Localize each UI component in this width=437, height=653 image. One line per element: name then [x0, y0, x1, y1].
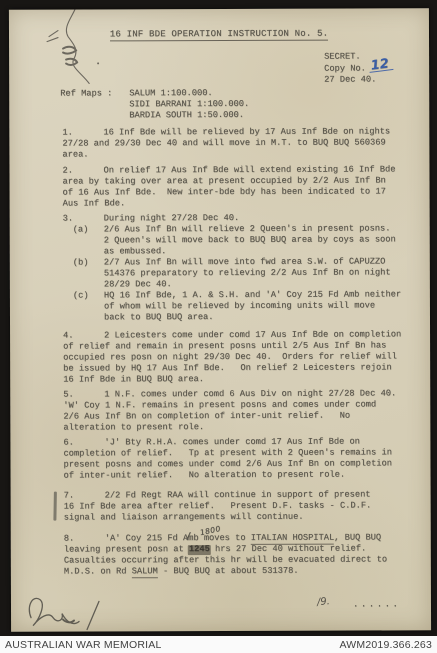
paragraph-text: 1 N.F. comes under comd 6 Aus Div on nig… [63, 388, 396, 432]
paragraph-number: 1. [62, 127, 103, 138]
paragraph-1: 1.16 Inf Bde will be relieved by 17 Aus … [62, 126, 417, 160]
paragraph-8: 1800 / 8.'A' Coy 215 Fd Amb moves to ITA… [64, 532, 419, 577]
paragraph-text: 16 Inf Bde will be relieved by 17 Aus In… [62, 126, 390, 159]
ref-maps-list: SALUM 1:100.000. SIDI BARRANI 1:100.000.… [129, 88, 249, 121]
paragraph-text: 'J' Bty R.H.A. comes under comd 17 Aus I… [63, 437, 392, 481]
paragraph-number: 5. [63, 389, 104, 400]
paragraph-number: 7. [64, 490, 105, 501]
paragraph-2: 2.On relief 17 Aus Inf Bde will extend e… [62, 164, 417, 209]
pencil-margin-line [53, 492, 56, 521]
sub-paragraph-b: (b)2/7 Aus Inf Bn will move into fwd are… [73, 256, 418, 290]
salum-underlined: SALUM [132, 566, 158, 578]
sub-paragraph-marker: (b) [73, 257, 104, 290]
page-title-text: 16 INF BDE OPERATION INSTRUCTION No. 5. [110, 29, 328, 42]
ref-map-item: BARDIA SOUTH 1:50.000. [129, 110, 249, 121]
sub-paragraph-marker: (a) [73, 224, 104, 257]
paragraph-number: 4. [63, 330, 104, 341]
ref-map-item: SALUM 1:100.000. [129, 88, 249, 99]
classification-block: SECRET. Copy No.12 27 Dec 40. [324, 51, 429, 85]
paragraph-4: 4.2 Leicesters come under comd 17 Aus In… [63, 329, 418, 385]
paragraph-7: 7.2/2 Fd Regt RAA will continue in suppo… [64, 489, 419, 523]
document-date: 27 Dec 40. [324, 74, 429, 85]
paragraph-text: On relief 17 Aus Inf Bde will extend exi… [62, 164, 395, 208]
awm-reference-number: AWM2019.366.263 [339, 639, 432, 651]
awm-footer-bar: AUSTRALIAN WAR MEMORIAL AWM2019.366.263 [0, 636, 437, 653]
paragraph-5: 5.1 N.F. comes under comd 6 Aus Div on n… [63, 388, 418, 433]
copy-no-row: Copy No.12 [324, 62, 429, 74]
copy-no-label: Copy No. [324, 63, 366, 73]
paragraph-list: 1.16 Inf Bde will be relieved by 17 Aus … [62, 126, 419, 577]
sub-paragraph-a: (a)2/6 Aus Inf Bn will relieve 2 Queen's… [73, 223, 418, 257]
sub-paragraph-marker: (c) [73, 290, 104, 323]
ref-maps-label: Ref Maps : [60, 88, 129, 121]
paragraph-text-part1: 'A' Coy 215 Fd Amb moves to [105, 533, 251, 544]
paragraph-text: 2/2 Fd Regt RAA will continue in support… [64, 489, 372, 522]
sub-paragraph-c: (c)HQ 16 Inf Bde, 1 A. & S.H. and 'A' Co… [73, 289, 418, 323]
copy-no-handwritten-value: 12 [368, 59, 393, 73]
paragraph-number: 8. [64, 533, 105, 544]
paragraph-text: During night 27/28 Dec 40. [104, 213, 240, 223]
paragraph-3: 3.During night 27/28 Dec 40. (a)2/6 Aus … [63, 212, 418, 323]
ellipsis-dots: ...... [353, 599, 400, 609]
awm-institution-label: AUSTRALIAN WAR MEMORIAL [5, 639, 161, 651]
paragraph-number: 2. [62, 165, 103, 176]
struck-out-time: 1245 [189, 544, 210, 554]
sub-paragraph-text: 2/6 Aus Inf Bn will relieve 2 Queen's in… [104, 223, 418, 257]
italian-hospital-underlined: ITALIAN HOSPITAL [251, 533, 334, 545]
sub-paragraph-list: (a)2/6 Aus Inf Bn will relieve 2 Queen's… [73, 223, 418, 323]
paragraph-6: 6.'J' Bty R.H.A. comes under comd 17 Aus… [63, 436, 418, 481]
sub-paragraph-text: HQ 16 Inf Bde, 1 A. & S.H. and 'A' Coy 2… [104, 289, 418, 323]
scanned-document-page: 16 INF BDE OPERATION INSTRUCTION No. 5. … [9, 8, 431, 631]
ref-map-item: SIDI BARRANI 1:100.000. [129, 99, 249, 110]
paragraph-text: 2 Leicesters come under comd 17 Aus Inf … [63, 329, 401, 384]
page-note-handwritten: /9. [317, 596, 331, 608]
paragraph-text-part4: - BUQ BUQ at about 531378. [158, 566, 299, 576]
pencil-scribble-top-left [29, 9, 109, 89]
paragraph-number: 3. [63, 213, 104, 224]
sub-paragraph-text: 2/7 Aus Inf Bn will move into fwd area S… [104, 256, 418, 290]
ref-maps-block: Ref Maps : SALUM 1:100.000. SIDI BARRANI… [60, 87, 429, 121]
paragraph-number: 6. [63, 437, 104, 448]
signature-scribble [23, 587, 123, 637]
